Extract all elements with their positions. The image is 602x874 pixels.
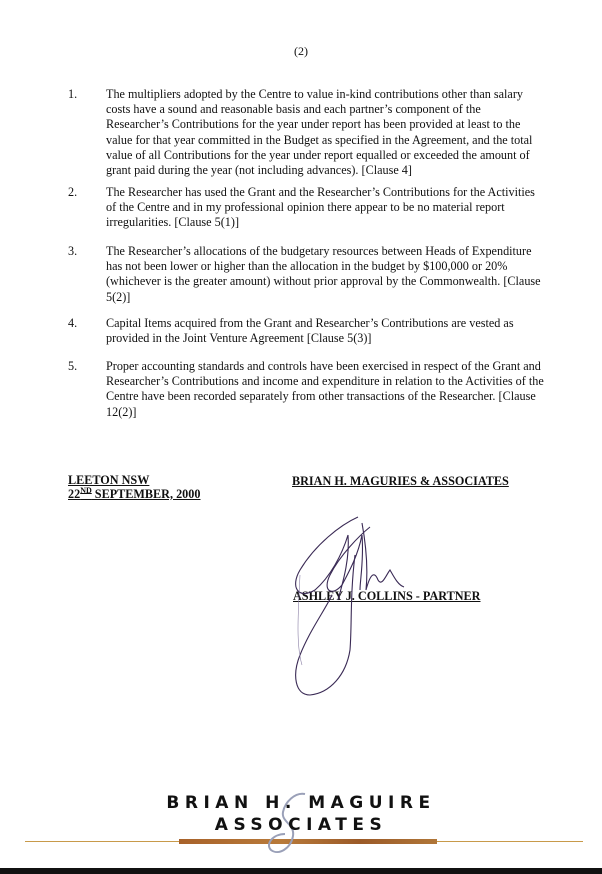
date-day: 22 [68,487,80,501]
clause-number: 2. [68,185,77,200]
signoff-firm: BRIAN H. MAGURIES & ASSOCIATES [292,474,509,489]
scan-bottom-edge [0,868,602,874]
logo-line1: BRIAN H. MAGUIRE [0,793,602,813]
date-rest: SEPTEMBER, 2000 [92,487,201,501]
clause-number: 3. [68,244,77,259]
signoff-date: 22ND SEPTEMBER, 2000 [68,487,200,501]
clause-text: The Researcher has used the Grant and th… [106,185,546,231]
clause-text: Capital Items acquired from the Grant an… [106,316,546,346]
signature-icon [270,515,530,705]
firm-name: BRIAN H. MAGURIES & ASSOCIATES [292,474,509,488]
date-suffix: ND [80,485,92,494]
clause-text: The multipliers adopted by the Centre to… [106,87,546,178]
clause-text: Proper accounting standards and controls… [106,359,546,420]
page-number: (2) [0,44,602,59]
clause-text: The Researcher’s allocations of the budg… [106,244,546,305]
letterhead-logo: BRIAN H. MAGUIRE ASSOCIATES [0,790,602,860]
clause-number: 4. [68,316,77,331]
clause-number: 1. [68,87,77,102]
signoff-location-date: LEETON NSW 22ND SEPTEMBER, 2000 [68,474,200,501]
clause-number: 5. [68,359,77,374]
logo-line2: ASSOCIATES [0,815,602,835]
